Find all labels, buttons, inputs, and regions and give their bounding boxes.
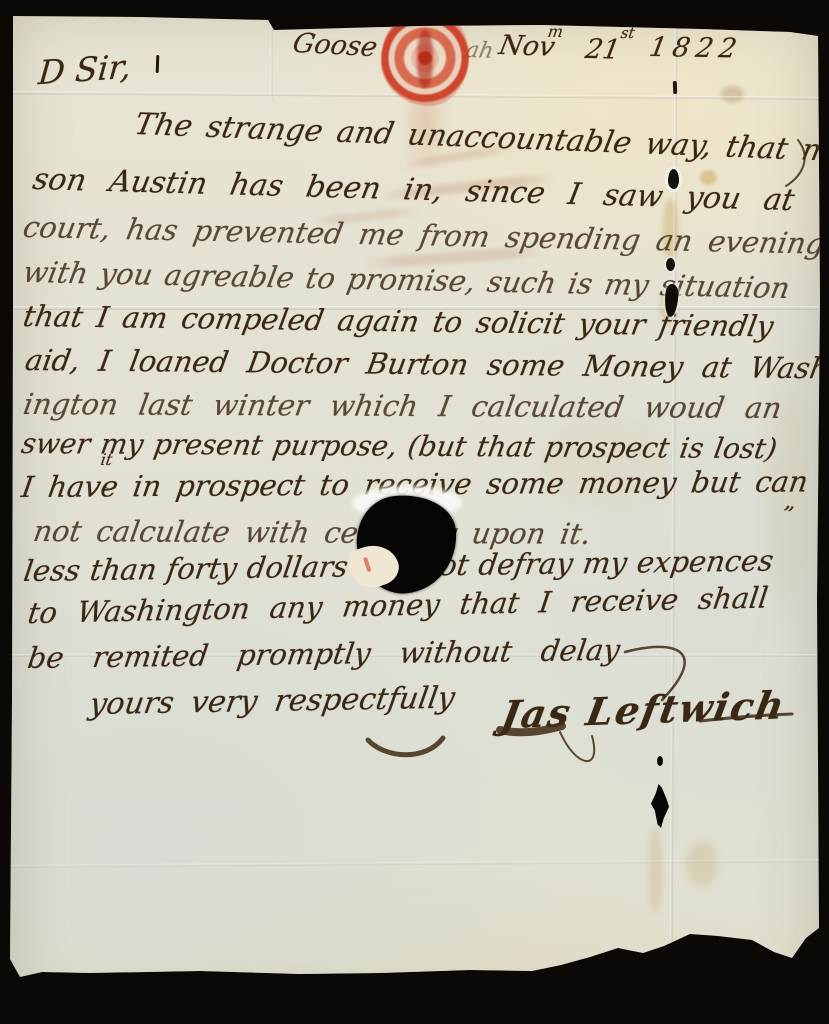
body-line: be remited promptly without delay — [26, 636, 622, 673]
body-line: swer my present purpose, (but that prosp… — [19, 430, 779, 463]
body-line: son Austin has been in, since I saw you … — [30, 165, 796, 216]
body-line: aid, I loaned Doctor Burton some Money a… — [23, 346, 829, 383]
scanned-letter: Goose ah Nov m 21 st 1822 D Sir, The str… — [0, 0, 829, 1024]
margin-quote-mark: ” — [780, 504, 795, 528]
red-wax-seal — [381, 6, 469, 106]
interlinear-insertion: it — [99, 452, 113, 468]
wax-seal-core — [417, 30, 433, 88]
dateline-month-superscript: m — [546, 24, 564, 40]
salutation: D Sir, — [37, 50, 132, 90]
ink-tick — [156, 55, 160, 73]
signature: Jas Leftwich — [498, 686, 789, 734]
insertion-caret: ^ — [100, 486, 111, 499]
ink-blot — [666, 258, 675, 271]
flap-red-mark — [363, 557, 371, 573]
dateline-place: Goose — [290, 30, 379, 61]
dateline-day-superscript: st — [620, 26, 636, 41]
fold-wear-hole — [650, 784, 669, 828]
fold-crease-horizontal-4 — [10, 859, 819, 868]
ink-tick — [673, 81, 677, 94]
paper-stain — [686, 842, 718, 886]
paper-stain — [649, 828, 662, 912]
body-line: ington last winter which I calculated wo… — [21, 390, 783, 423]
body-line: not calculate with certainty upon it. — [31, 517, 593, 549]
body-line: The strange and unaccountable way, that … — [132, 110, 829, 167]
closing: yours very respectfully — [87, 684, 457, 720]
fold-wear-dot — [657, 756, 663, 766]
fold-crease-vertical-top — [270, 16, 273, 102]
body-line: that I am compeled again to solicit your… — [21, 302, 776, 341]
dateline-year: 1822 — [647, 34, 744, 63]
paper-stain — [721, 86, 744, 103]
body-line: court, has prevented me from spending an… — [21, 213, 827, 259]
dateline-day: 21 — [583, 36, 622, 64]
letter-paper: Goose ah Nov m 21 st 1822 D Sir, The str… — [0, 0, 829, 1024]
ink-blot — [668, 169, 679, 189]
